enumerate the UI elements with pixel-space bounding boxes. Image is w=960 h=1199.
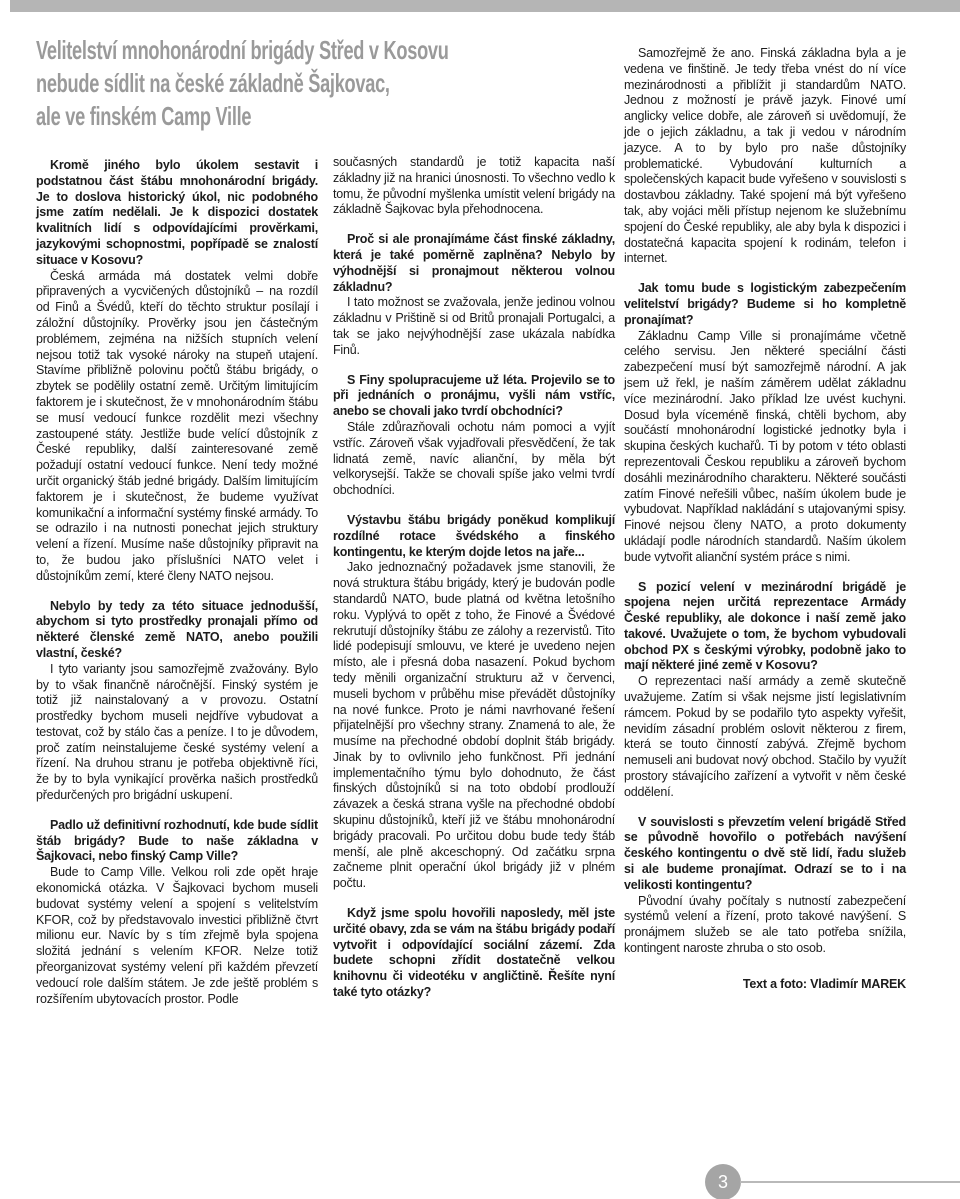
paragraph-byline: Text a foto: Vladimír MAREK (624, 977, 906, 993)
paragraph-answer: Stále zdůrazňovali ochotu nám pomoci a v… (333, 420, 615, 499)
top-edge-bar (10, 0, 960, 12)
paragraph-question: S Finy spolupracujeme už léta. Projevilo… (333, 373, 615, 420)
page-container: Velitelství mnohonárodní brigády Střed v… (0, 0, 960, 1199)
page-number: 3 (718, 1172, 728, 1192)
paragraph-answer: I tyto varianty jsou samozřejmě zvažován… (36, 662, 318, 804)
paragraph-answer: I tato možnost se zvažovala, jenže jedin… (333, 295, 615, 358)
paragraph-question: S pozicí velení v mezinárodní brigádě je… (624, 580, 906, 675)
paragraph-question: Když jsme spolu hovořili naposledy, měl … (333, 906, 615, 1001)
paragraph-answer: Základnu Camp Ville si pronajímáme včetn… (624, 329, 906, 566)
paragraph-continuation: současných standardů je totiž kapacita n… (333, 155, 615, 218)
footer-rule (740, 1181, 960, 1183)
paragraph-answer: Bude to Camp Ville. Velkou roli zde opět… (36, 865, 318, 1007)
paragraph-question: Jak tomu bude s logistickým zabezpečením… (624, 281, 906, 328)
paragraph-question: Nebylo by tedy za této situace jednodušš… (36, 599, 318, 662)
paragraph-question: V souvislosti s převzetím velení brigádě… (624, 815, 906, 894)
page-number-badge: 3 (705, 1164, 741, 1199)
article-column: Kromě jiného bylo úkolem sestavit i pods… (36, 158, 318, 1007)
paragraph-question: Kromě jiného bylo úkolem sestavit i pods… (36, 158, 318, 269)
article-title-line: nebude sídlit na české základně Šajkovac… (36, 67, 512, 100)
article-title-line: ale ve finském Camp Ville (36, 100, 512, 133)
paragraph-answer: Jako jednoznačný požadavek jsme stanovil… (333, 560, 615, 892)
article-title-line: Velitelství mnohonárodní brigády Střed v… (36, 34, 512, 67)
paragraph-answer: Původní úvahy počítaly s nutností zabezp… (624, 894, 906, 957)
paragraph-question: Proč si ale pronajímáme část finské zákl… (333, 232, 615, 295)
article-column: Samozřejmě že ano. Finská základna byla … (624, 46, 906, 993)
paragraph-answer: Samozřejmě že ano. Finská základna byla … (624, 46, 906, 267)
paragraph-question: Padlo už definitivní rozhodnutí, kde bud… (36, 818, 318, 865)
article-title: Velitelství mnohonárodní brigády Střed v… (36, 34, 512, 133)
paragraph-question: Výstavbu štábu brigády poněkud komplikuj… (333, 513, 615, 560)
paragraph-answer: Česká armáda má dostatek velmi dobře při… (36, 269, 318, 585)
paragraph-answer: O reprezentaci naší armády a země skuteč… (624, 674, 906, 800)
article-column: současných standardů je totiž kapacita n… (333, 155, 615, 1001)
